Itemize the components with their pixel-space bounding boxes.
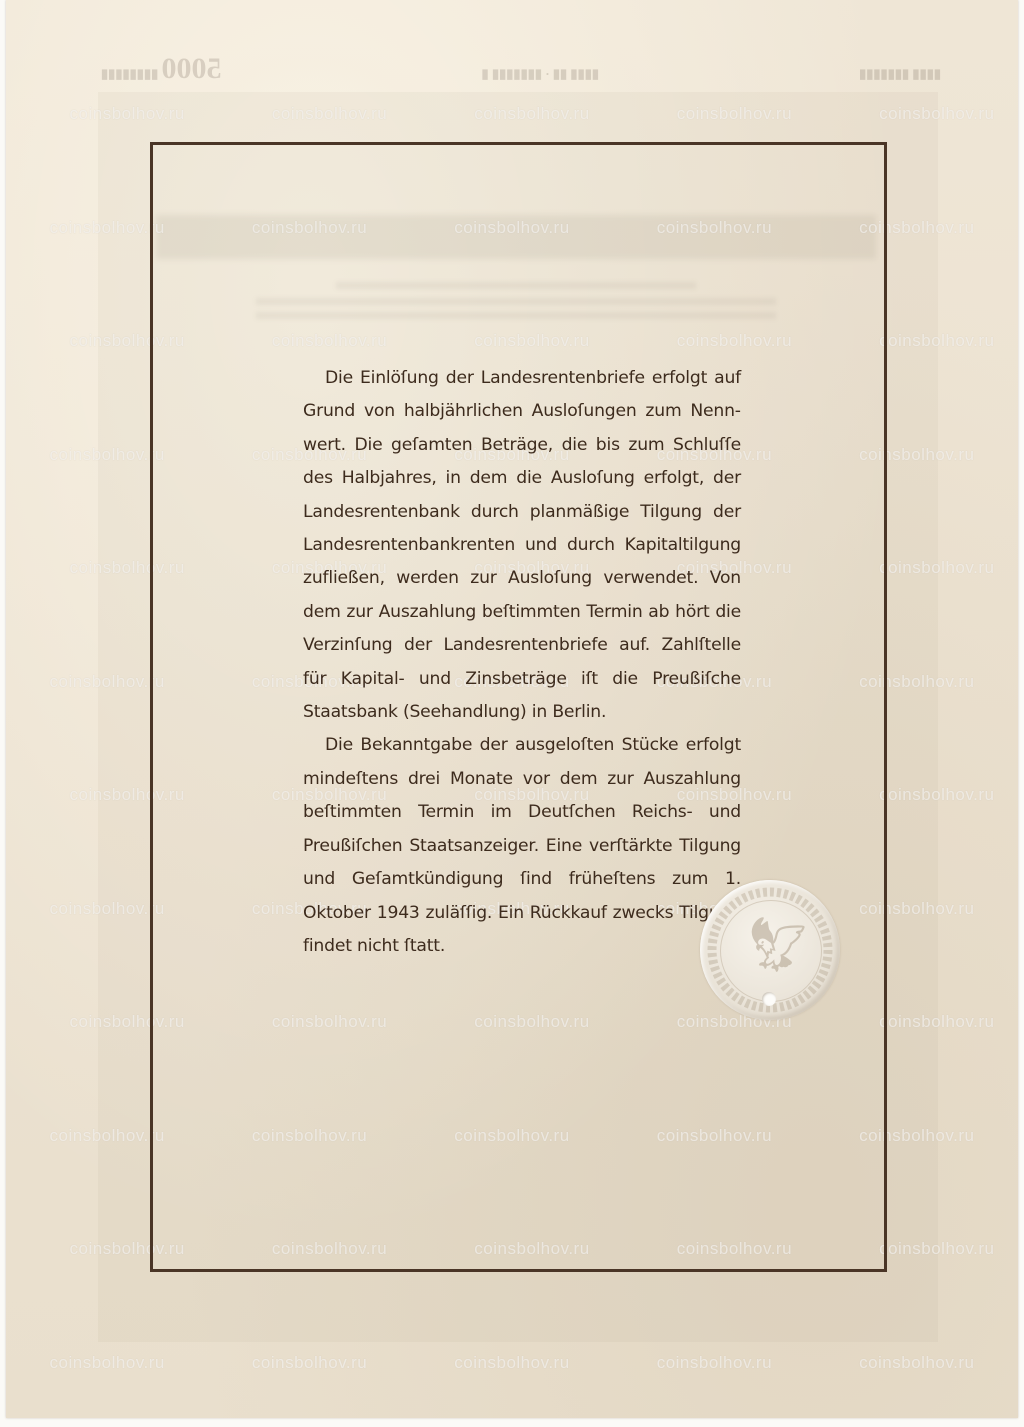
- show-through-small-mid: ▮▮▮▮ ▮▮ · ▮▮▮▮▮▮▮ ▮: [482, 66, 600, 82]
- watermark-text: coinsbolhov.ru: [879, 104, 994, 124]
- watermark-text: coinsbolhov.ru: [657, 1353, 772, 1373]
- watermark-text: coinsbolhov.ru: [879, 785, 994, 805]
- redemption-terms-text: Die Einlöſung der Landesrentenbriefe erf…: [303, 362, 741, 963]
- watermark-text: coinsbolhov.ru: [50, 1126, 165, 1146]
- watermark-text: coinsbolhov.ru: [879, 331, 994, 351]
- watermark-text: coinsbolhov.ru: [474, 104, 589, 124]
- embossed-seal: 🦅︎: [700, 880, 840, 1020]
- watermark-text: coinsbolhov.ru: [50, 899, 165, 919]
- watermark-text: coinsbolhov.ru: [879, 1239, 994, 1259]
- paragraph-redemption: Die Einlöſung der Landesrentenbriefe erf…: [303, 362, 741, 729]
- punch-hole: [762, 992, 776, 1006]
- watermark-text: coinsbolhov.ru: [454, 1353, 569, 1373]
- watermark-text: coinsbolhov.ru: [252, 1353, 367, 1373]
- watermark-text: coinsbolhov.ru: [272, 104, 387, 124]
- watermark-text: coinsbolhov.ru: [677, 104, 792, 124]
- watermark-text: coinsbolhov.ru: [50, 1353, 165, 1373]
- watermark-row: coinsbolhov.rucoinsbolhov.rucoinsbolhov.…: [6, 1353, 1018, 1373]
- watermark-row: coinsbolhov.rucoinsbolhov.rucoinsbolhov.…: [6, 104, 1024, 124]
- eagle-emblem-icon: 🦅︎: [744, 910, 796, 980]
- watermark-text: coinsbolhov.ru: [50, 218, 165, 238]
- show-through-header: ▮▮▮▮ ▮▮▮▮▮▮▮ ▮▮▮▮ ▮▮ · ▮▮▮▮▮▮▮ ▮ 5000 ▮▮…: [101, 52, 941, 86]
- watermark-text: coinsbolhov.ru: [879, 1012, 994, 1032]
- show-through-denomination: 5000 ▮▮▮▮▮▮▮▮: [101, 52, 221, 86]
- watermark-text: coinsbolhov.ru: [70, 104, 185, 124]
- paragraph-announcement: Die Bekanntgabe der ausgeloſten Stücke e…: [303, 729, 741, 963]
- show-through-small-left: ▮▮▮▮ ▮▮▮▮▮▮▮: [859, 66, 941, 82]
- paper-sheet: ▮▮▮▮ ▮▮▮▮▮▮▮ ▮▮▮▮ ▮▮ · ▮▮▮▮▮▮▮ ▮ 5000 ▮▮…: [6, 0, 1018, 1418]
- watermark-text: coinsbolhov.ru: [50, 445, 165, 465]
- watermark-text: coinsbolhov.ru: [879, 558, 994, 578]
- watermark-text: coinsbolhov.ru: [859, 1353, 974, 1373]
- watermark-text: coinsbolhov.ru: [50, 672, 165, 692]
